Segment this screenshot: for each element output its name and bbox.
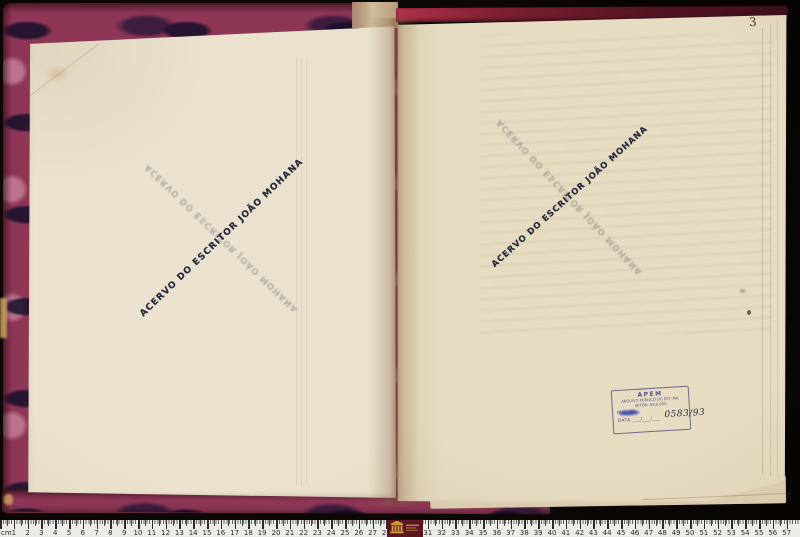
ruler-number: 57	[780, 529, 794, 537]
ruler-tick-half	[145, 520, 146, 526]
ruler-number: 17	[228, 529, 242, 537]
ruler-tick-cm	[97, 520, 99, 529]
ruler-tick-half	[214, 520, 215, 526]
ruler-tick-half	[338, 520, 339, 526]
ruler-number: 39	[531, 529, 545, 537]
book-gutter-shadow	[368, 18, 420, 506]
ruler-tick-half	[297, 520, 298, 526]
ruler-tick-half	[614, 520, 615, 526]
ruler-number: 11	[145, 529, 159, 537]
ruler-number: 32	[435, 529, 449, 537]
ruler-tick-cm	[0, 520, 2, 529]
ruler-number: 34	[462, 529, 476, 537]
ruler-tick-half	[766, 520, 767, 526]
scanned-book-spread: ACERVO DO ESCRITOR JOÃO MOHANA ACERVO DO…	[0, 0, 800, 537]
page-crease	[301, 58, 302, 486]
ruler-number: 3	[34, 529, 48, 537]
ruler-number: 55	[752, 529, 766, 537]
ruler-number: 44	[600, 529, 614, 537]
ruler-tick-half	[573, 520, 574, 526]
ruler-number: 33	[448, 529, 462, 537]
ruler-tick-half	[269, 520, 270, 526]
ruler-tick-cm	[497, 520, 499, 529]
ruler-tick-cm	[207, 520, 209, 529]
ruler-tick-half	[435, 520, 436, 526]
folio-number: 3	[749, 15, 758, 29]
ruler-tick-half	[559, 520, 560, 526]
ruler-tick-cm	[745, 520, 747, 529]
ruler-number: 7	[90, 529, 104, 537]
ruler-tick-cm	[166, 520, 168, 529]
ruler-number: 49	[669, 529, 683, 537]
ruler-number: 52	[711, 529, 725, 537]
ruler-number: 16	[214, 529, 228, 537]
cover-gold-speck	[4, 494, 13, 505]
ruler-number: 54	[738, 529, 752, 537]
ruler-tick-half	[738, 520, 739, 526]
ruler-tick-cm	[773, 520, 775, 529]
ruler-tick-cm	[662, 520, 664, 529]
ruler-tick-cm	[193, 520, 195, 529]
pen-scribble-mark	[619, 410, 639, 416]
ruler-number: 10	[131, 529, 145, 537]
ruler-number: 53	[724, 529, 738, 537]
ruler-number: 26	[352, 529, 366, 537]
registry-stamp: APEM ARQUIVO PÚBLICO DO EST. MA. SETOR: …	[611, 386, 692, 435]
ruler-number: 46	[628, 529, 642, 537]
ruler-tick-half	[642, 520, 643, 526]
ruler-tick-half	[131, 520, 132, 526]
ruler-tick-cm	[221, 520, 223, 529]
ruler-tick-cm	[566, 520, 568, 529]
ruler-tick-half	[90, 520, 91, 526]
ruler-tick-cm	[635, 520, 637, 529]
ruler-tick-half	[380, 520, 381, 526]
ruler-tick-cm	[690, 520, 692, 529]
ruler-tick-half	[21, 520, 22, 526]
ruler-tick-half	[490, 520, 491, 526]
ruler-tick-cm	[83, 520, 85, 529]
ruler-tick-cm	[704, 520, 706, 529]
ruler-number: 14	[186, 529, 200, 537]
ruler-tick-half	[311, 520, 312, 526]
page-stack-line	[777, 20, 778, 478]
ruler-tick-half	[545, 520, 546, 526]
ruler-number: 43	[586, 529, 600, 537]
ruler-tick-half	[449, 520, 450, 526]
ruler-number: 12	[159, 529, 173, 537]
ruler-tick-cm	[524, 520, 526, 529]
ruler-tick-half	[200, 520, 201, 526]
page-crease	[296, 58, 297, 486]
ruler-number: 38	[517, 529, 531, 537]
ruler-tick-cm	[152, 520, 154, 529]
ruler-tick-cm	[483, 520, 485, 529]
ruler-tick-half	[780, 520, 781, 526]
ruler-tick-cm	[69, 520, 71, 529]
ruler-tick-cm	[373, 520, 375, 529]
ruler-tick-cm	[593, 520, 595, 529]
ruler-tick-half	[531, 520, 532, 526]
ruler-number: 6	[76, 529, 90, 537]
ruler-tick-cm	[649, 520, 651, 529]
ruler-number: 42	[573, 529, 587, 537]
ruler-tick-cm	[41, 520, 43, 529]
ruler-unit-label: cm	[1, 529, 13, 537]
ruler-number: 23	[310, 529, 324, 537]
ruler-tick-cm	[276, 520, 278, 529]
ruler-tick-half	[283, 520, 284, 526]
ruler-tick-cm	[607, 520, 609, 529]
ruler-number: 41	[559, 529, 573, 537]
ruler-number: 50	[683, 529, 697, 537]
ruler-tick-half	[104, 520, 105, 526]
ruler-tick-half	[462, 520, 463, 526]
ruler-tick-cm	[469, 520, 471, 529]
ruler-tick-cm	[138, 520, 140, 529]
ruler-tick-half	[228, 520, 229, 526]
page-crease	[306, 58, 307, 486]
ruler-number: 18	[241, 529, 255, 537]
ruler-number: 45	[614, 529, 628, 537]
ruler-number: 20	[269, 529, 283, 537]
ruler-number: 27	[366, 529, 380, 537]
paper-stain	[44, 64, 70, 84]
paper-speck	[747, 310, 751, 315]
ruler-tick-cm	[455, 520, 457, 529]
ruler-tick-half	[697, 520, 698, 526]
ruler-tick-cm	[731, 520, 733, 529]
ruler-tick-half	[656, 520, 657, 526]
ruler-tick-half	[587, 520, 588, 526]
ruler-tick-cm	[28, 520, 30, 529]
ruler-tick-half	[476, 520, 477, 526]
ruler-tick-half	[76, 520, 77, 526]
ruler-number: 9	[117, 529, 131, 537]
ruler-number: 56	[766, 529, 780, 537]
ruler-number: 15	[200, 529, 214, 537]
ruler-tick-cm	[787, 520, 789, 529]
ruler-number: 5	[62, 529, 76, 537]
ruler-tick-half	[35, 520, 36, 526]
ruler-number: 37	[504, 529, 518, 537]
ruler-tick-cm	[511, 520, 513, 529]
ruler-tick-cm	[14, 520, 16, 529]
ruler-tick-cm	[442, 520, 444, 529]
ruler-number: 36	[490, 529, 504, 537]
ruler-number: 13	[172, 529, 186, 537]
ruler-tick-cm	[552, 520, 554, 529]
ruler-number: 47	[642, 529, 656, 537]
ruler-tick-cm	[248, 520, 250, 529]
ruler-tick-half	[600, 520, 601, 526]
ruler-number: 19	[255, 529, 269, 537]
ruler-number: 51	[697, 529, 711, 537]
ruler-tick-cm	[345, 520, 347, 529]
ruler-tick-half	[628, 520, 629, 526]
ruler-tick-half	[518, 520, 519, 526]
ruler-tick-cm	[359, 520, 361, 529]
ruler: 1234567891011121314151617181920212223242…	[0, 520, 800, 537]
page-stack-line	[762, 28, 763, 474]
ruler-tick-half	[366, 520, 367, 526]
ruler-tick-cm	[676, 520, 678, 529]
ruler-tick-cm	[179, 520, 181, 529]
ruler-number: 40	[545, 529, 559, 537]
ruler-tick-half	[7, 520, 8, 526]
apem-logo	[387, 520, 423, 537]
ruler-number: 4	[48, 529, 62, 537]
ruler-tick-half	[242, 520, 243, 526]
ruler-tick-cm	[718, 520, 720, 529]
ruler-number: 21	[283, 529, 297, 537]
ruler-number: 48	[655, 529, 669, 537]
ruler-tick-cm	[290, 520, 292, 529]
ruler-number: 2	[21, 529, 35, 537]
ruler-tick-half	[669, 520, 670, 526]
ruler-tick-cm	[110, 520, 112, 529]
ruler-tick-cm	[262, 520, 264, 529]
ruler-tick-half	[159, 520, 160, 526]
ruler-tick-half	[255, 520, 256, 526]
ruler-tick-half	[186, 520, 187, 526]
cover-gold-sliver	[0, 298, 7, 338]
page-stack-line	[770, 24, 771, 476]
ruler-tick-cm	[235, 520, 237, 529]
left-page	[26, 24, 396, 498]
ruler-tick-half	[324, 520, 325, 526]
ruler-tick-half	[117, 520, 118, 526]
ruler-tick-half	[62, 520, 63, 526]
ruler-tick-cm	[580, 520, 582, 529]
ruler-number: 22	[297, 529, 311, 537]
ruler-tick-half	[711, 520, 712, 526]
ruler-number: 8	[103, 529, 117, 537]
apem-logo-graphic	[387, 520, 423, 537]
ruler-tick-half	[504, 520, 505, 526]
ruler-tick-cm	[55, 520, 57, 529]
ruler-tick-half	[725, 520, 726, 526]
ruler-tick-cm	[621, 520, 623, 529]
paper-speck	[738, 288, 747, 294]
ruler-tick-half	[752, 520, 753, 526]
ruler-tick-half	[683, 520, 684, 526]
ruler-tick-cm	[304, 520, 306, 529]
ruler-tick-cm	[331, 520, 333, 529]
ruler-tick-cm	[759, 520, 761, 529]
ruler-tick-cm	[124, 520, 126, 529]
ruler-number: 25	[338, 529, 352, 537]
ruler-tick-cm	[538, 520, 540, 529]
ruler-tick-cm	[317, 520, 319, 529]
ink-bleedthrough-lines	[480, 34, 772, 334]
ruler-number: 35	[476, 529, 490, 537]
ruler-tick-cm	[428, 520, 430, 529]
ruler-tick-half	[173, 520, 174, 526]
ruler-tick-half	[48, 520, 49, 526]
ruler-tick-half	[352, 520, 353, 526]
ruler-number: 24	[324, 529, 338, 537]
